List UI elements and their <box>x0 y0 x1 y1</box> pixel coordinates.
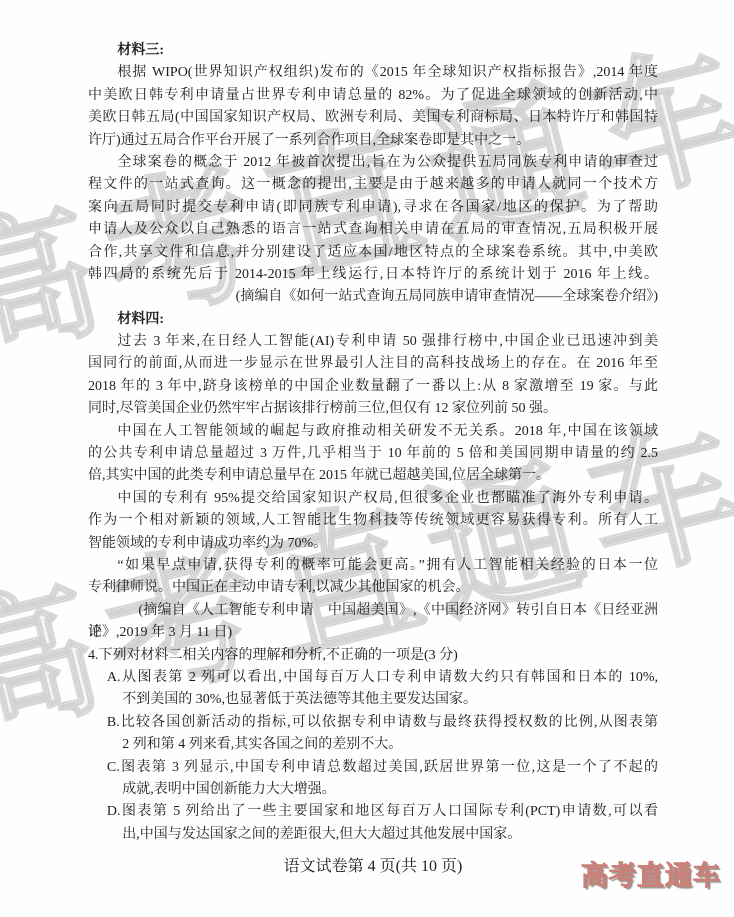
option-b-line2: 2 列和第 4 列来看,其实各国之间的差别不大。 <box>88 734 658 756</box>
material4-heading: 材料四: <box>88 309 658 331</box>
option-d-line1: D.图表第 5 列给出了一些主要国家和地区每百万人口国际专利(PCT)申请数,可… <box>88 801 658 823</box>
option-b-line1: B.比较各国创新活动的指标,可以依据专利申请数与最终获得授权数的比例,从图表第 <box>88 712 658 734</box>
material3-line: 全球案卷的概念于 2012 年被首次提出,旨在为公众提供五局同族专利申请的审查过 <box>88 152 658 174</box>
material4-line: 过去 3 年来,在日经人工智能(AI)专利申请 50 强排行榜中,中国企业已迅速… <box>88 331 658 353</box>
option-d-line2: 出,中国与发达国家之间的差距很大,但大大超过其他发展中国家。 <box>88 824 658 846</box>
material4-citation-line2: 论》,2019 年 3 月 11 日) <box>88 622 658 644</box>
material4-line: 2018 年的 3 年中,跻身该榜单的中国企业数量翻了一番以上:从 8 家激增至… <box>88 376 658 398</box>
material4-line: 同时,尽管美国企业仍然牢牢占据该排行榜前三位,但仅有 12 家位列前 50 强。 <box>88 398 658 420</box>
option-a-line2: 不到美国的 30%,也显著低于英法德等其他主要发达国家。 <box>88 689 658 711</box>
option-c-line2: 成就,表明中国创新能力大大增强。 <box>88 779 658 801</box>
material3-line: 合作,共享文件和信息,并分别建设了适应本国/地区特点的全球案卷系统。其中,中美欧 <box>88 242 658 264</box>
material3-line: 根据 WIPO(世界知识产权组织)发布的《2015 年全球知识产权指标报告》,2… <box>88 62 658 84</box>
material4-line: 倍,其实中国的此类专利申请总量早在 2015 年就已超越美国,位居全球第一。 <box>88 465 658 487</box>
material3-heading: 材料三: <box>88 40 658 62</box>
material3-line: 许厅)通过五局合作平台开展了一系列合作项目,全球案卷即是其中之一。 <box>88 130 658 152</box>
material3-line: 美欧日韩五局(中国国家知识产权局、欧洲专利局、美国专利商标局、日本特许厅和韩国特 <box>88 107 658 129</box>
material4-line: 国同行的前面,从而进一步显示在世界最引人注目的高科技战场上的存在。在 2016 … <box>88 353 658 375</box>
material3-line: 申请人及公众以自己熟悉的语言一站式查询相关申请在五局的审查情况,五局积极开展 <box>88 219 658 241</box>
material3-line: 韩四局的系统先后于 2014-2015 年上线运行,日本特许厅的系统计划于 20… <box>88 264 658 286</box>
material3-line: 案向五局同时提交专利申请(即同族专利申请),寻求在各国家/地区的保护。为了帮助 <box>88 197 658 219</box>
material4-line: 智能领域的专利申请成功率约为 70%。 <box>88 533 658 555</box>
material4-line: 中国的专利有 95%提交给国家知识产权局,但很多企业也都瞄准了海外专利申请。 <box>88 488 658 510</box>
material4-citation-line1: (摘编自《人工智能专利申请 中国超美国》,《中国经济网》转引自日本《日经亚洲评 <box>88 600 658 622</box>
material3-line: 中美欧日韩专利申请量占世界专利申请总量的 82%。为了促进全球领域的创新活动,中 <box>88 85 658 107</box>
material3-citation: (摘编自《如何一站式查询五局同族申请审查情况——全球案卷介绍》) <box>88 286 658 308</box>
exam-page: 高考直通车 高考直通车 材料三: 根据 WIPO(世界知识产权组织)发布的《20… <box>0 0 734 917</box>
option-c-line1: C.图表第 3 列显示,中国专利申请总数超过美国,跃居世界第一位,这是一个了不起… <box>88 757 658 779</box>
option-a-line1: A.从图表第 2 列可以看出,中国每百万人口专利申请数大约只有韩国和日本的 10… <box>88 667 658 689</box>
material4-line: 作为一个相对新颖的领域,人工智能比生物科技等传统领域更容易获得专利。所有人工 <box>88 510 658 532</box>
question4-stem: 4.下列对材料二相关内容的理解和分析,不正确的一项是(3 分) <box>88 645 658 667</box>
material4-line: “如果早点申请,获得专利的概率可能会更高。”拥有人工智能相关经验的日本一位 <box>88 555 658 577</box>
material4-line: 中国在人工智能领域的崛起与政府推动相关研发不无关系。2018 年,中国在该领域 <box>88 421 658 443</box>
material4-line: 专利律师说。中国正在主动申请专利,以减少其他国家的机会。 <box>88 577 658 599</box>
text-column: 材料三: 根据 WIPO(世界知识产权组织)发布的《2015 年全球知识产权指标… <box>88 40 658 846</box>
brand-logo: 高考直通车 <box>581 854 721 893</box>
material3-line: 程文件的一站式查询。这一概念的提出,主要是由于越来越多的申请人就同一个技术方 <box>88 174 658 196</box>
page-footer: 语文试卷第 4 页(共 10 页) <box>88 853 658 876</box>
material4-line: 的公共专利申请总量超过 3 万件,几乎相当于 10 年前的 5 倍和美国同期申请… <box>88 443 658 465</box>
